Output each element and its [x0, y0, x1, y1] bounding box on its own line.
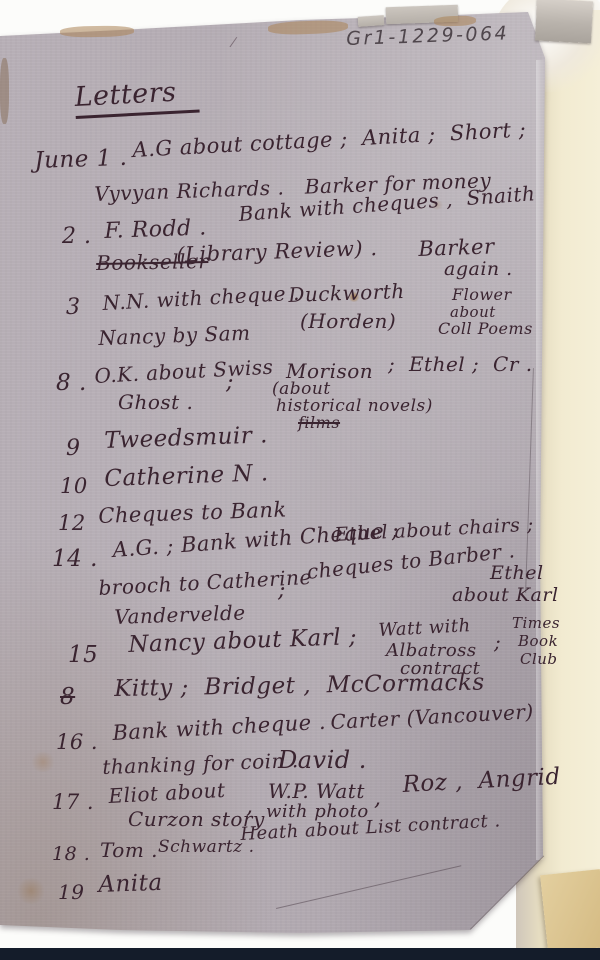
- entry-14-line3: Vandervelde: [114, 602, 246, 627]
- entry-8-line1f: ; Ethel ; Cr .: [388, 354, 533, 374]
- entry-10-line1: Catherine N .: [104, 462, 269, 491]
- entry-3-side3: Coll Poems: [438, 321, 533, 337]
- page-edge-highlight: [536, 60, 545, 860]
- entry-10-date: 10: [60, 476, 88, 497]
- entry-3-line2: Nancy by Sam: [98, 323, 251, 348]
- entry-16-line2b: David .: [278, 748, 367, 772]
- entry-2-date: 2 .: [62, 226, 91, 248]
- tape-piece: [535, 0, 593, 43]
- entry-3-line1b: Duckworth: [288, 281, 405, 305]
- entry-17-date: 17 .: [52, 792, 94, 813]
- stain: [30, 752, 56, 772]
- entry-3-date: 3: [66, 297, 81, 319]
- entry-2-line1a: F. Rodd .: [104, 217, 207, 243]
- entry-8-struck-word: films: [298, 415, 340, 431]
- entry-2-line2b: Barker: [418, 236, 495, 260]
- entry-struck8-date: 8: [60, 686, 75, 709]
- entry-16-date: 16 .: [56, 732, 98, 753]
- entry-8-date: 8 .: [56, 372, 87, 395]
- entry-12-date: 12: [58, 513, 86, 534]
- entry-9-line1: Tweedsmuir .: [104, 424, 268, 453]
- entry-14-side1: Ethel: [490, 564, 544, 583]
- entry-14-side2: about Karl: [452, 586, 559, 605]
- entry-3-side2: about: [450, 305, 496, 320]
- entry-8-sep1: ;: [226, 372, 234, 394]
- torn-paper-residue: [0, 58, 9, 124]
- stain: [16, 878, 46, 904]
- entry-17-sep1: ,: [246, 796, 254, 818]
- tape-piece: [358, 15, 385, 27]
- entry-17-sep2: ,: [374, 788, 382, 810]
- entry-16-line2a: thanking for coin .: [102, 750, 299, 777]
- entry-15-side2a: Times: [512, 616, 560, 631]
- entry-15-side2c: Club: [520, 652, 558, 667]
- page-title: Letters: [74, 78, 200, 119]
- entry-14-sep1: ;: [278, 580, 286, 602]
- scan-bottom-strip: [0, 948, 600, 960]
- entry-15-side2b: Book: [518, 634, 558, 649]
- entry-8-line1c: Morison: [286, 361, 373, 381]
- entry-8-line1b: Ghost .: [118, 392, 193, 412]
- entry-17-line1b: W.P. Watt: [268, 781, 365, 801]
- entry-19-date: 19: [58, 882, 84, 902]
- entry-14-date: 14 .: [52, 548, 98, 571]
- entry-18-line1a: Tom .: [100, 840, 158, 860]
- entry-15-sep1: ;: [494, 632, 501, 652]
- entry-2-line2c: again .: [444, 260, 513, 279]
- entry-9-date: 9: [66, 438, 81, 460]
- entry-3-side1: Flower: [452, 287, 512, 303]
- entry-3-line1c: (Horden): [300, 311, 396, 331]
- entry-15-side1a: Watt with: [378, 617, 471, 640]
- scanned-document: Gr1-1229-064/LettersJune 1 .A.G about co…: [0, 0, 600, 960]
- entry-15-date: 15: [68, 644, 98, 667]
- entry-jun1-date: June 1 .: [34, 147, 128, 173]
- entry-17-line1a: Eliot about: [108, 780, 226, 806]
- entry-19-line1: Anita: [98, 872, 163, 897]
- entry-18-date: 18 .: [52, 845, 90, 864]
